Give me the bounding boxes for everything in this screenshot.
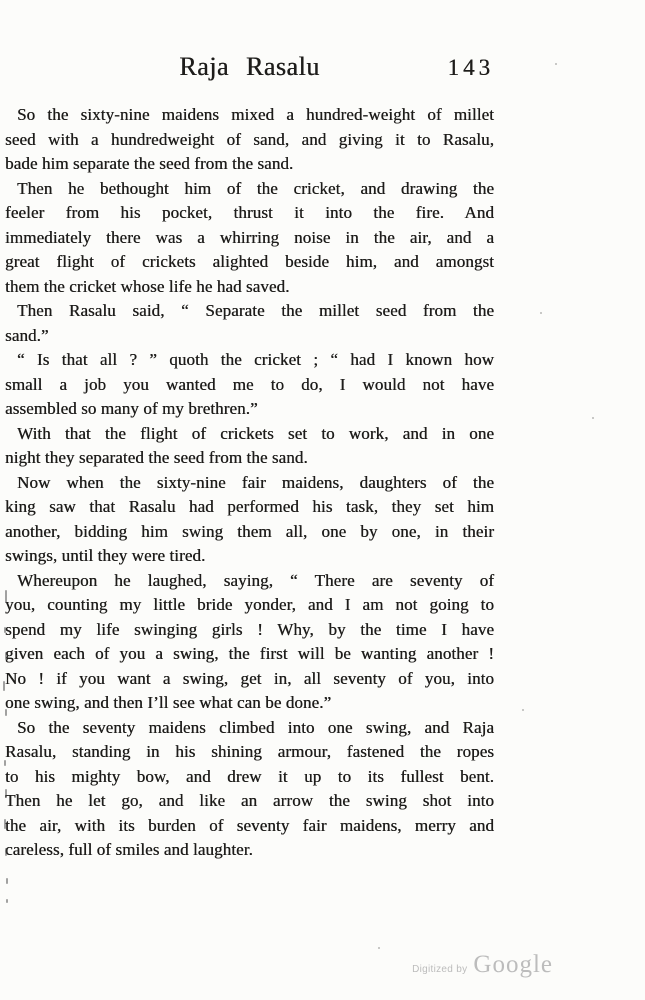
text-line: Whereupon he laughed, saying, “ There ar… [5,569,494,594]
scan-artifact-mark [4,760,6,766]
text-line: them the cricket whose life he had saved… [5,275,494,300]
text-line: Now when the sixty-nine fair maidens, da… [5,471,494,496]
watermark-google-logo: Google [473,951,553,979]
scan-artifact-mark [4,819,6,829]
text-line: Rasalu, standing in his shining armour, … [5,740,494,765]
text-line: to his mighty bow, and drew it up to its… [5,765,494,790]
page-title: Raja Rasalu [5,52,494,82]
scan-artifact-mark [5,709,7,716]
scan-artifact-mark [5,652,7,660]
text-line: sand.” [5,324,494,349]
text-line: immediately there was a whirring noise i… [5,226,494,251]
text-line: So the seventy maidens climbed into one … [5,716,494,741]
text-line: the air, with its burden of seventy fair… [5,814,494,839]
text-line: night they separated the seed from the s… [5,446,494,471]
scan-artifact-speck [540,312,542,314]
scan-artifact-mark [5,848,7,856]
text-line: So the sixty-nine maidens mixed a hundre… [5,103,494,128]
text-line: feeler from his pocket, thrust it into t… [5,201,494,226]
page-header: Raja Rasalu 143 [5,52,494,86]
scan-artifact-speck [522,709,524,711]
text-line: “ Is that all ? ” quoth the cricket ; “ … [5,348,494,373]
text-line: Then he bethought him of the cricket, an… [5,177,494,202]
text-line: one swing, and then I’ll see what can be… [5,691,494,716]
text-line: swings, until they were tired. [5,544,494,569]
page-number: 143 [448,55,495,81]
scan-artifact-speck [378,947,380,949]
watermark: Digitized by Google [412,951,553,979]
scan-artifact-mark [6,878,8,884]
text-line: spend my life swinging girls ! Why, by t… [5,618,494,643]
text-line: king saw that Rasalu had performed his t… [5,495,494,520]
text-line: No ! if you want a swing, get in, all se… [5,667,494,692]
text-line: great flight of crickets alighted beside… [5,250,494,275]
text-line: assembled so many of my brethren.” [5,397,494,422]
text-line: Then he let go, and like an arrow the sw… [5,789,494,814]
scan-artifact-mark [4,627,6,633]
scan-artifact-mark [5,789,7,798]
scan-artifact-mark [5,590,7,603]
text-line: another, bidding him swing them all, one… [5,520,494,545]
scan-artifact-speck [592,417,594,419]
scan-artifact-speck [555,63,557,65]
text-line: bade him separate the seed from the sand… [5,152,494,177]
text-line: you, counting my little bride yonder, an… [5,593,494,618]
text-line: seed with a hundredweight of sand, and g… [5,128,494,153]
page-body: So the sixty-nine maidens mixed a hundre… [5,103,494,863]
text-line: With that the flight of crickets set to … [5,422,494,447]
text-line: Then Rasalu said, “ Separate the millet … [5,299,494,324]
scanned-book-page: Raja Rasalu 143 So the sixty-nine maiden… [0,0,645,1000]
text-line: careless, full of smiles and laughter. [5,838,494,863]
watermark-digitized-by: Digitized by [412,964,467,975]
text-line: small a job you wanted me to do, I would… [5,373,494,398]
text-line: given each of you a swing, the first wil… [5,642,494,667]
scan-artifact-mark [6,899,8,903]
scan-artifact-mark [3,681,5,691]
